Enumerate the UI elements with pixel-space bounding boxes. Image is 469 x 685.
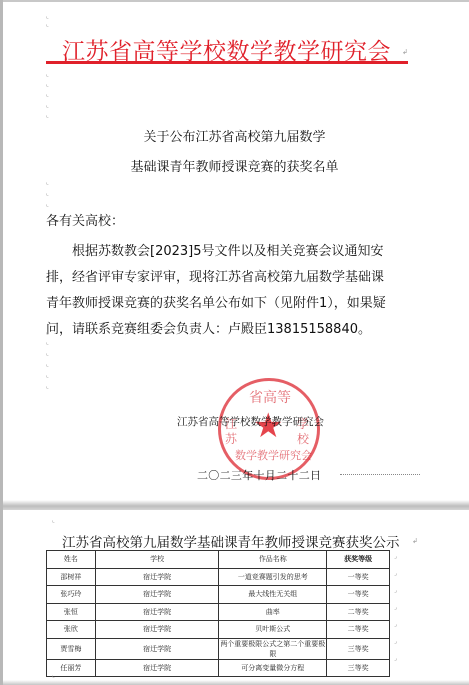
row-end-mark: ⌟	[394, 621, 397, 628]
margin-mark: ⌞	[46, 72, 49, 78]
official-seal-stamp: 省高等 江苏 学校 ★ 数学教学研究会	[218, 378, 320, 480]
cell-award-level: 一等奖	[327, 568, 390, 586]
page-break-shadow	[3, 500, 469, 510]
body-text-line: 问，请联系竞赛组委会负责人：卢殿臣13815158840。	[46, 318, 371, 337]
row-end-mark: ⌟	[394, 587, 397, 594]
body-text-line: 根据苏数教会[2023]5号文件以及相关竞赛会议通知安	[46, 240, 384, 259]
margin-mark: ⌞	[52, 518, 55, 524]
document-title-line-1: 关于公布江苏省高校第九届数学	[0, 126, 469, 145]
margin-mark: ⌞	[46, 351, 49, 357]
page-bottom-shadow	[3, 680, 469, 685]
awards-table-title: 江苏省高校第九届数学基础课青年教师授课竞赛获奖公示	[62, 531, 400, 551]
cell-work-title: 可分离变量微分方程	[219, 659, 327, 677]
letterhead-red-rule	[46, 61, 408, 64]
cell-school: 宿迁学院	[95, 586, 219, 604]
margin-mark: ⌞	[46, 113, 49, 119]
stamp-top-text: 省高等	[249, 387, 291, 407]
signature-date: 二〇二三年十月二十二日	[197, 467, 321, 483]
table-row: 邵树祥 宿迁学院 一道竞赛题引发的思考 一等奖	[47, 568, 390, 586]
stamp-bottom-text: 数学教学研究会	[235, 447, 312, 463]
table-row: 任丽芳 宿迁学院 可分离变量微分方程 三等奖	[47, 659, 390, 677]
margin-mark: ⌞	[46, 180, 49, 186]
margin-mark: ⌞	[46, 384, 49, 390]
cell-name: 张欣	[47, 621, 96, 639]
header-name: 姓名	[47, 551, 96, 569]
cell-work-title: 最大线性无关组	[219, 586, 327, 604]
body-text-line: 青年教师授课竞赛的获奖名单公布如下（见附件1），如果疑	[46, 292, 386, 311]
margin-mark: ⌞	[46, 191, 49, 197]
document-title-line-2: 基础课青年教师授课竞赛的获奖名单	[0, 156, 469, 175]
row-end-mark: ⌟	[394, 570, 397, 577]
margin-mark: ⌞	[46, 202, 49, 208]
awards-table: 姓名 学校 作品名称 获奖等级 邵树祥 宿迁学院 一道竞赛题引发的思考 一等奖 …	[46, 550, 390, 677]
margin-mark: ⌞	[46, 14, 49, 20]
cell-name: 贾雪梅	[47, 638, 96, 659]
cell-name: 邵树祥	[47, 568, 96, 586]
row-end-mark: ⌟	[394, 604, 397, 611]
header-school: 学校	[95, 551, 219, 569]
margin-mark: ⌞	[46, 103, 49, 109]
cell-school: 宿迁学院	[95, 568, 219, 586]
row-end-mark: ⌟	[394, 553, 397, 560]
margin-mark: ⌞	[46, 22, 49, 28]
cell-work-title: 贝叶斯公式	[219, 621, 327, 639]
cell-school: 宿迁学院	[95, 621, 219, 639]
cell-name: 张巧玲	[47, 586, 96, 604]
header-work-title: 作品名称	[219, 551, 327, 569]
row-end-mark: ⌟	[394, 655, 397, 662]
margin-mark: ⌞	[46, 373, 49, 379]
cell-name: 张恒	[47, 603, 96, 621]
signature-organization: 江苏省高等学校数学教学研究会	[177, 414, 324, 429]
table-row: 张欣 宿迁学院 贝叶斯公式 二等奖	[47, 621, 390, 639]
salutation: 各有关高校：	[46, 210, 124, 229]
cell-work-title: 一道竞赛题引发的思考	[219, 568, 327, 586]
margin-mark: ⌞	[46, 330, 49, 336]
paragraph-mark: ↲	[412, 537, 418, 545]
row-end-mark: ⌟	[394, 638, 397, 645]
body-text-line: 排，经省评审专家评审，现将江苏省高校第九届数学基础课	[46, 266, 384, 285]
cell-award-level: 二等奖	[327, 621, 390, 639]
header-award-level: 获奖等级	[327, 551, 390, 569]
table-row: 贾雪梅 宿迁学院 两个重要极限公式之第二个重要极限 三等奖	[47, 638, 390, 659]
margin-mark: ⌞	[46, 362, 49, 368]
cell-school: 宿迁学院	[95, 659, 219, 677]
cell-award-level: 一等奖	[327, 586, 390, 604]
margin-mark: ⌞	[46, 340, 49, 346]
cell-school: 宿迁学院	[95, 638, 219, 659]
paragraph-mark: ↲	[402, 48, 408, 56]
table-row: 张恒 宿迁学院 曲率 二等奖	[47, 603, 390, 621]
margin-mark: ⌞	[52, 673, 55, 679]
cell-work-title: 两个重要极限公式之第二个重要极限	[219, 638, 327, 659]
margin-mark: ⌞	[46, 92, 49, 98]
cell-award-level: 三等奖	[327, 638, 390, 659]
cell-award-level: 三等奖	[327, 659, 390, 677]
table-header-row: 姓名 学校 作品名称 获奖等级	[47, 551, 390, 569]
table-row: 张巧玲 宿迁学院 最大线性无关组 一等奖	[47, 586, 390, 604]
cell-school: 宿迁学院	[95, 603, 219, 621]
dotted-leader	[340, 474, 420, 475]
margin-mark: ⌞	[46, 82, 49, 88]
cell-work-title: 曲率	[219, 603, 327, 621]
cell-award-level: 二等奖	[327, 603, 390, 621]
